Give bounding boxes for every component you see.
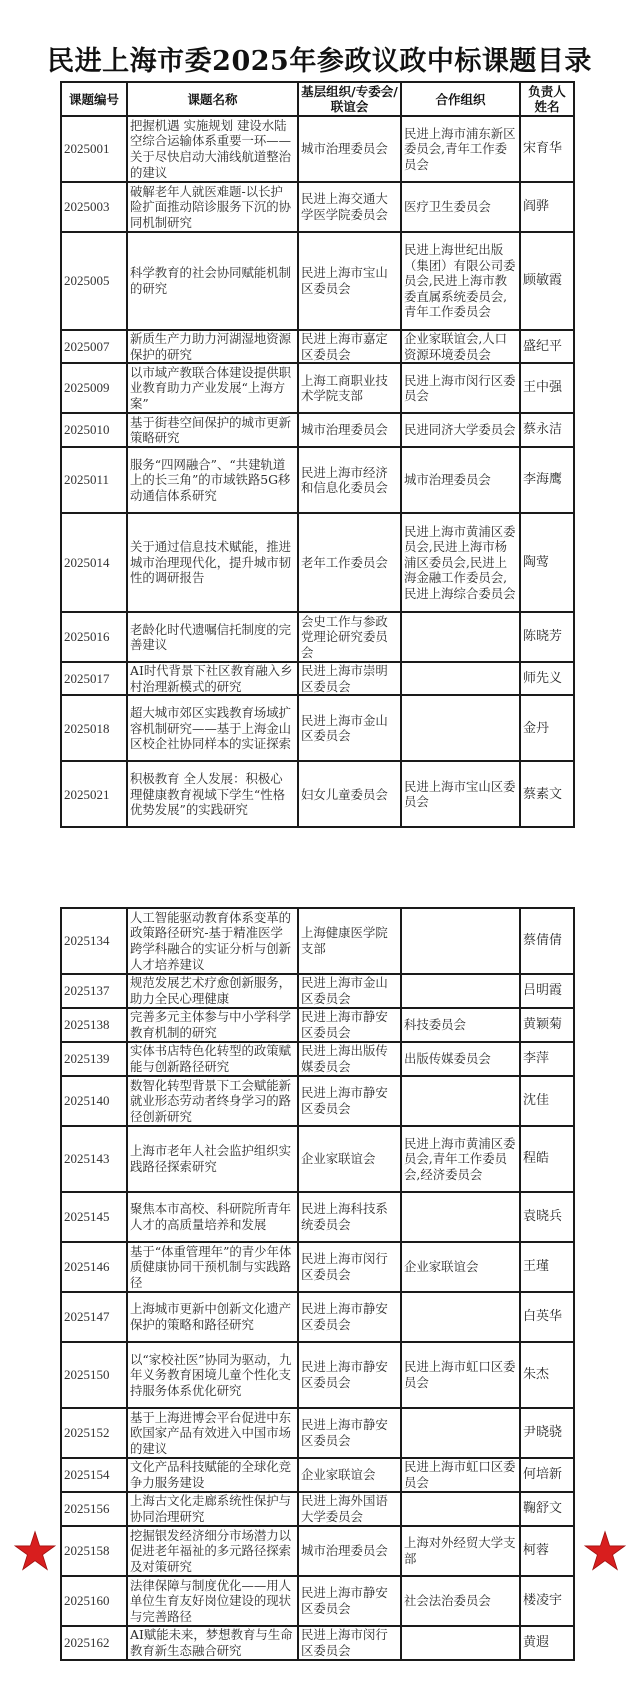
cell-person-in-charge: 袁晓兵 — [520, 1192, 574, 1242]
cell-person-in-charge: 黄颖菊 — [520, 1008, 574, 1042]
header-partner: 合作组织 — [401, 82, 520, 116]
table-row: 2025158挖掘银发经济细分市场潜力以促进老年福祉的多元路径探索及对策研究城市… — [61, 1526, 574, 1576]
cell-topic-name: 上海城市更新中创新文化遗产保护的策略和路径研究 — [127, 1292, 298, 1342]
table-row: 2025146基于“体重管理年”的青少年体质健康协同干预机制与实践路径民进上海市… — [61, 1242, 574, 1292]
cell-person-in-charge: 阎骅 — [520, 182, 574, 232]
table-header-row: 课题编号 课题名称 基层组织/专委会/联谊会 合作组织 负责人姓名 — [61, 82, 574, 116]
cell-topic-code: 2025021 — [61, 761, 127, 827]
cell-topic-code: 2025010 — [61, 413, 127, 447]
table-row: 2025009以市域产教联合体建设提供职业教育助力产业发展“上海方案”上海工商职… — [61, 363, 574, 413]
table-row: 2025139实体书店特色化转型的政策赋能与创新路径研究民进上海出版传媒委员会出… — [61, 1042, 574, 1076]
cell-organization: 民进上海市崇明区委员会 — [298, 662, 401, 695]
cell-topic-name: 实体书店特色化转型的政策赋能与创新路径研究 — [127, 1042, 298, 1076]
table-row: 2025156上海古文化走廊系统性保护与协同治理研究民进上海外国语大学委员会鞠舒… — [61, 1492, 574, 1526]
cell-person-in-charge: 白英华 — [520, 1292, 574, 1342]
cell-topic-name: 以“家校社医”协同为驱动，九年义务教育困境儿童个性化支持服务体系优化研究 — [127, 1342, 298, 1408]
table-row: 2025150以“家校社医”协同为驱动，九年义务教育困境儿童个性化支持服务体系优… — [61, 1342, 574, 1408]
red-star-icon — [584, 1530, 626, 1572]
cell-partner-organization: 民进上海市虹口区委员会 — [401, 1458, 520, 1492]
table-row: 2025016老龄化时代遗嘱信托制度的完善建议会史工作与参政党理论研究委员会陈晓… — [61, 612, 574, 662]
cell-organization: 上海健康医学院支部 — [298, 908, 401, 974]
cell-partner-organization — [401, 1192, 520, 1242]
cell-topic-name: AI时代背景下社区教育融入乡村治理新模式的研究 — [127, 662, 298, 695]
cell-organization: 民进上海市静安区委员会 — [298, 1576, 401, 1626]
table-row: 2025160法律保障与制度优化——用人单位生育友好岗位建设的现状与完善路径民进… — [61, 1576, 574, 1626]
cell-topic-code: 2025001 — [61, 116, 127, 182]
cell-person-in-charge: 朱杰 — [520, 1342, 574, 1408]
cell-partner-organization: 企业家联谊会,人口资源环境委员会 — [401, 330, 520, 363]
header-org: 基层组织/专委会/联谊会 — [298, 82, 401, 116]
cell-organization: 城市治理委员会 — [298, 1526, 401, 1576]
cell-organization: 民进上海市闵行区委员会 — [298, 1242, 401, 1292]
cell-topic-name: 数智化转型背景下工会赋能新就业形态劳动者终身学习的路径创新研究 — [127, 1076, 298, 1126]
cell-topic-code: 2025154 — [61, 1458, 127, 1492]
table-row: 2025152基于上海进博会平台促进中东欧国家产品有效进入中国市场的建议民进上海… — [61, 1408, 574, 1458]
cell-person-in-charge: 盛纪平 — [520, 330, 574, 363]
cell-partner-organization: 民进上海市黄浦区委员会,青年工作委员会,经济委员会 — [401, 1126, 520, 1192]
cell-topic-name: 完善多元主体参与中小学科学教育机制的研究 — [127, 1008, 298, 1042]
table-row: 2025018超大城市郊区实践教育场域扩容机制研究——基于上海金山区校企社协同样… — [61, 695, 574, 761]
cell-partner-organization: 民进上海世纪出版（集团）有限公司委员会,民进上海市教委直属系统委员会,青年工作委… — [401, 232, 520, 330]
table-row: 2025003破解老年人就医难题-以长护险扩面推动陪诊服务下沉的协同机制研究民进… — [61, 182, 574, 232]
cell-topic-name: 以市域产教联合体建设提供职业教育助力产业发展“上海方案” — [127, 363, 298, 413]
table-row: 2025145聚焦本市高校、科研院所青年人才的高质量培养和发展民进上海科技系统委… — [61, 1192, 574, 1242]
cell-partner-organization: 科技委员会 — [401, 1008, 520, 1042]
table-1-body: 2025001把握机遇 实施规划 建设水陆空综合运输体系重要一环——关于尽快启动… — [61, 116, 574, 827]
table-row: 2025011服务“四网融合”、“共建轨道上的长三角”的市域铁路5G移动通信体系… — [61, 447, 574, 513]
cell-partner-organization — [401, 974, 520, 1008]
cell-partner-organization — [401, 1626, 520, 1660]
cell-organization: 民进上海市嘉定区委员会 — [298, 330, 401, 363]
cell-topic-code: 2025007 — [61, 330, 127, 363]
cell-topic-name: 基于“体重管理年”的青少年体质健康协同干预机制与实践路径 — [127, 1242, 298, 1292]
cell-organization: 城市治理委员会 — [298, 116, 401, 182]
cell-topic-name: 新质生产力助力河湖湿地资源保护的研究 — [127, 330, 298, 363]
cell-organization: 妇女儿童委员会 — [298, 761, 401, 827]
cell-person-in-charge: 沈佳 — [520, 1076, 574, 1126]
cell-partner-organization: 民进上海市虹口区委员会 — [401, 1342, 520, 1408]
cell-person-in-charge: 吕明霞 — [520, 974, 574, 1008]
cell-topic-name: 积极教育 全人发展：积极心理健康教育视域下学生“性格优势发展”的实践研究 — [127, 761, 298, 827]
cell-topic-code: 2025152 — [61, 1408, 127, 1458]
cell-person-in-charge: 王瑾 — [520, 1242, 574, 1292]
cell-topic-code: 2025140 — [61, 1076, 127, 1126]
table-row: 2025154文化产品科技赋能的全球化竞争力服务建设企业家联谊会民进上海市虹口区… — [61, 1458, 574, 1492]
cell-organization: 企业家联谊会 — [298, 1458, 401, 1492]
cell-topic-code: 2025156 — [61, 1492, 127, 1526]
cell-topic-name: 上海市老年人社会监护组织实践路径探索研究 — [127, 1126, 298, 1192]
cell-topic-code: 2025160 — [61, 1576, 127, 1626]
cell-person-in-charge: 王中强 — [520, 363, 574, 413]
cell-topic-code: 2025137 — [61, 974, 127, 1008]
cell-partner-organization — [401, 662, 520, 695]
cell-partner-organization — [401, 1076, 520, 1126]
table-row: 2025014关于通过信息技术赋能，推进城市治理现代化，提升城市韧性的调研报告老… — [61, 513, 574, 612]
cell-topic-code: 2025134 — [61, 908, 127, 974]
cell-person-in-charge: 楼凌宇 — [520, 1576, 574, 1626]
cell-partner-organization: 社会法治委员会 — [401, 1576, 520, 1626]
cell-organization: 民进上海市静安区委员会 — [298, 1342, 401, 1408]
topics-table-1: 课题编号 课题名称 基层组织/专委会/联谊会 合作组织 负责人姓名 202500… — [60, 81, 575, 828]
table-row: 2025007新质生产力助力河湖湿地资源保护的研究民进上海市嘉定区委员会企业家联… — [61, 330, 574, 363]
cell-person-in-charge: 尹晓骁 — [520, 1408, 574, 1458]
cell-organization: 民进上海市金山区委员会 — [298, 695, 401, 761]
cell-partner-organization: 上海对外经贸大学支部 — [401, 1526, 520, 1576]
cell-topic-code: 2025017 — [61, 662, 127, 695]
cell-person-in-charge: 蔡倩倩 — [520, 908, 574, 974]
cell-partner-organization — [401, 1492, 520, 1526]
cell-partner-organization: 城市治理委员会 — [401, 447, 520, 513]
cell-topic-name: 上海古文化走廊系统性保护与协同治理研究 — [127, 1492, 298, 1526]
table-row: 2025001把握机遇 实施规划 建设水陆空综合运输体系重要一环——关于尽快启动… — [61, 116, 574, 182]
cell-topic-code: 2025150 — [61, 1342, 127, 1408]
cell-topic-code: 2025016 — [61, 612, 127, 662]
cell-organization: 上海工商职业技术学院支部 — [298, 363, 401, 413]
cell-person-in-charge: 蔡素文 — [520, 761, 574, 827]
cell-organization: 老年工作委员会 — [298, 513, 401, 612]
cell-topic-name: 把握机遇 实施规划 建设水陆空综合运输体系重要一环——关于尽快启动大浦线航道整治… — [127, 116, 298, 182]
table-row: 2025010基于街巷空间保护的城市更新策略研究城市治理委员会民进同济大学委员会… — [61, 413, 574, 447]
cell-topic-name: 关于通过信息技术赋能，推进城市治理现代化，提升城市韧性的调研报告 — [127, 513, 298, 612]
cell-organization: 民进上海市闵行区委员会 — [298, 1626, 401, 1660]
table-row: 2025021积极教育 全人发展：积极心理健康教育视域下学生“性格优势发展”的实… — [61, 761, 574, 827]
cell-topic-name: 基于上海进博会平台促进中东欧国家产品有效进入中国市场的建议 — [127, 1408, 298, 1458]
cell-partner-organization: 民进上海市闵行区委员会 — [401, 363, 520, 413]
cell-partner-organization: 民进上海市宝山区委员会 — [401, 761, 520, 827]
cell-topic-name: 法律保障与制度优化——用人单位生育友好岗位建设的现状与完善路径 — [127, 1576, 298, 1626]
cell-partner-organization: 企业家联谊会 — [401, 1242, 520, 1292]
cell-partner-organization: 民进上海市浦东新区委员会,青年工作委员会 — [401, 116, 520, 182]
table-row: 2025138完善多元主体参与中小学科学教育机制的研究民进上海市静安区委员会科技… — [61, 1008, 574, 1042]
cell-person-in-charge: 柯蓉 — [520, 1526, 574, 1576]
cell-organization: 民进上海交通大学医学院委员会 — [298, 182, 401, 232]
cell-topic-code: 2025138 — [61, 1008, 127, 1042]
table-row: 2025137规范发展艺术疗愈创新服务，助力全民心理健康民进上海市金山区委员会吕… — [61, 974, 574, 1008]
cell-person-in-charge: 程皓 — [520, 1126, 574, 1192]
cell-topic-code: 2025146 — [61, 1242, 127, 1292]
cell-partner-organization — [401, 908, 520, 974]
cell-person-in-charge: 师先义 — [520, 662, 574, 695]
cell-topic-name: AI赋能未来，梦想教育与生命教育新生态融合研究 — [127, 1626, 298, 1660]
table-row: 2025143上海市老年人社会监护组织实践路径探索研究企业家联谊会民进上海市黄浦… — [61, 1126, 574, 1192]
topics-table-2: 2025134人工智能驱动教育体系变革的政策路径研究-基于精准医学跨学科融合的实… — [60, 907, 575, 1661]
cell-topic-code: 2025143 — [61, 1126, 127, 1192]
table-2-body: 2025134人工智能驱动教育体系变革的政策路径研究-基于精准医学跨学科融合的实… — [61, 908, 574, 1660]
cell-topic-name: 文化产品科技赋能的全球化竞争力服务建设 — [127, 1458, 298, 1492]
cell-person-in-charge: 陈晓芳 — [520, 612, 574, 662]
cell-topic-name: 服务“四网融合”、“共建轨道上的长三角”的市域铁路5G移动通信体系研究 — [127, 447, 298, 513]
table-row: 2025134人工智能驱动教育体系变革的政策路径研究-基于精准医学跨学科融合的实… — [61, 908, 574, 974]
cell-topic-code: 2025145 — [61, 1192, 127, 1242]
cell-topic-code: 2025009 — [61, 363, 127, 413]
cell-organization: 会史工作与参政党理论研究委员会 — [298, 612, 401, 662]
cell-topic-name: 破解老年人就医难题-以长护险扩面推动陪诊服务下沉的协同机制研究 — [127, 182, 298, 232]
cell-partner-organization — [401, 695, 520, 761]
table-row: 2025162AI赋能未来，梦想教育与生命教育新生态融合研究民进上海市闵行区委员… — [61, 1626, 574, 1660]
document-title: 民进上海市委2025年参政议政中标课题目录 — [0, 44, 639, 80]
cell-person-in-charge: 李萍 — [520, 1042, 574, 1076]
header-code: 课题编号 — [61, 82, 127, 116]
cell-partner-organization — [401, 1292, 520, 1342]
cell-organization: 民进上海科技系统委员会 — [298, 1192, 401, 1242]
cell-organization: 民进上海出版传媒委员会 — [298, 1042, 401, 1076]
cell-person-in-charge: 宋育华 — [520, 116, 574, 182]
header-name: 课题名称 — [127, 82, 298, 116]
cell-topic-name: 超大城市郊区实践教育场域扩容机制研究——基于上海金山区校企社协同样本的实证探索 — [127, 695, 298, 761]
cell-partner-organization: 出版传媒委员会 — [401, 1042, 520, 1076]
cell-partner-organization: 民进同济大学委员会 — [401, 413, 520, 447]
table-row: 2025017AI时代背景下社区教育融入乡村治理新模式的研究民进上海市崇明区委员… — [61, 662, 574, 695]
cell-topic-name: 科学教育的社会协同赋能机制的研究 — [127, 232, 298, 330]
cell-person-in-charge: 黄遐 — [520, 1626, 574, 1660]
cell-person-in-charge: 蔡永洁 — [520, 413, 574, 447]
cell-partner-organization: 民进上海市黄浦区委员会,民进上海市杨浦区委员会,民进上海金融工作委员会,民进上海… — [401, 513, 520, 612]
cell-topic-name: 聚焦本市高校、科研院所青年人才的高质量培养和发展 — [127, 1192, 298, 1242]
cell-topic-code: 2025139 — [61, 1042, 127, 1076]
cell-organization: 民进上海市宝山区委员会 — [298, 232, 401, 330]
cell-topic-name: 规范发展艺术疗愈创新服务，助力全民心理健康 — [127, 974, 298, 1008]
cell-topic-code: 2025162 — [61, 1626, 127, 1660]
cell-topic-name: 挖掘银发经济细分市场潜力以促进老年福祉的多元路径探索及对策研究 — [127, 1526, 298, 1576]
red-star-icon — [14, 1530, 56, 1572]
cell-organization: 民进上海市金山区委员会 — [298, 974, 401, 1008]
cell-organization: 民进上海市静安区委员会 — [298, 1008, 401, 1042]
cell-topic-name: 人工智能驱动教育体系变革的政策路径研究-基于精准医学跨学科融合的实证分析与创新人… — [127, 908, 298, 974]
cell-topic-code: 2025147 — [61, 1292, 127, 1342]
cell-organization: 民进上海外国语大学委员会 — [298, 1492, 401, 1526]
cell-topic-code: 2025018 — [61, 695, 127, 761]
cell-person-in-charge: 陶莺 — [520, 513, 574, 612]
cell-person-in-charge: 鞠舒文 — [520, 1492, 574, 1526]
cell-organization: 民进上海市静安区委员会 — [298, 1076, 401, 1126]
table-row: 2025147上海城市更新中创新文化遗产保护的策略和路径研究民进上海市静安区委员… — [61, 1292, 574, 1342]
cell-person-in-charge: 金丹 — [520, 695, 574, 761]
cell-organization: 民进上海市经济和信息化委员会 — [298, 447, 401, 513]
cell-person-in-charge: 顾敏霞 — [520, 232, 574, 330]
cell-person-in-charge: 何培新 — [520, 1458, 574, 1492]
cell-topic-code: 2025014 — [61, 513, 127, 612]
table-row: 2025140数智化转型背景下工会赋能新就业形态劳动者终身学习的路径创新研究民进… — [61, 1076, 574, 1126]
cell-organization: 企业家联谊会 — [298, 1126, 401, 1192]
cell-partner-organization — [401, 612, 520, 662]
cell-topic-code: 2025003 — [61, 182, 127, 232]
table-row: 2025005科学教育的社会协同赋能机制的研究民进上海市宝山区委员会民进上海世纪… — [61, 232, 574, 330]
cell-partner-organization — [401, 1408, 520, 1458]
header-person: 负责人姓名 — [520, 82, 574, 116]
cell-partner-organization: 医疗卫生委员会 — [401, 182, 520, 232]
cell-organization: 城市治理委员会 — [298, 413, 401, 447]
cell-person-in-charge: 李海鹰 — [520, 447, 574, 513]
cell-topic-code: 2025158 — [61, 1526, 127, 1576]
cell-organization: 民进上海市静安区委员会 — [298, 1408, 401, 1458]
cell-organization: 民进上海市静安区委员会 — [298, 1292, 401, 1342]
cell-topic-name: 基于街巷空间保护的城市更新策略研究 — [127, 413, 298, 447]
cell-topic-code: 2025011 — [61, 447, 127, 513]
cell-topic-code: 2025005 — [61, 232, 127, 330]
cell-topic-name: 老龄化时代遗嘱信托制度的完善建议 — [127, 612, 298, 662]
